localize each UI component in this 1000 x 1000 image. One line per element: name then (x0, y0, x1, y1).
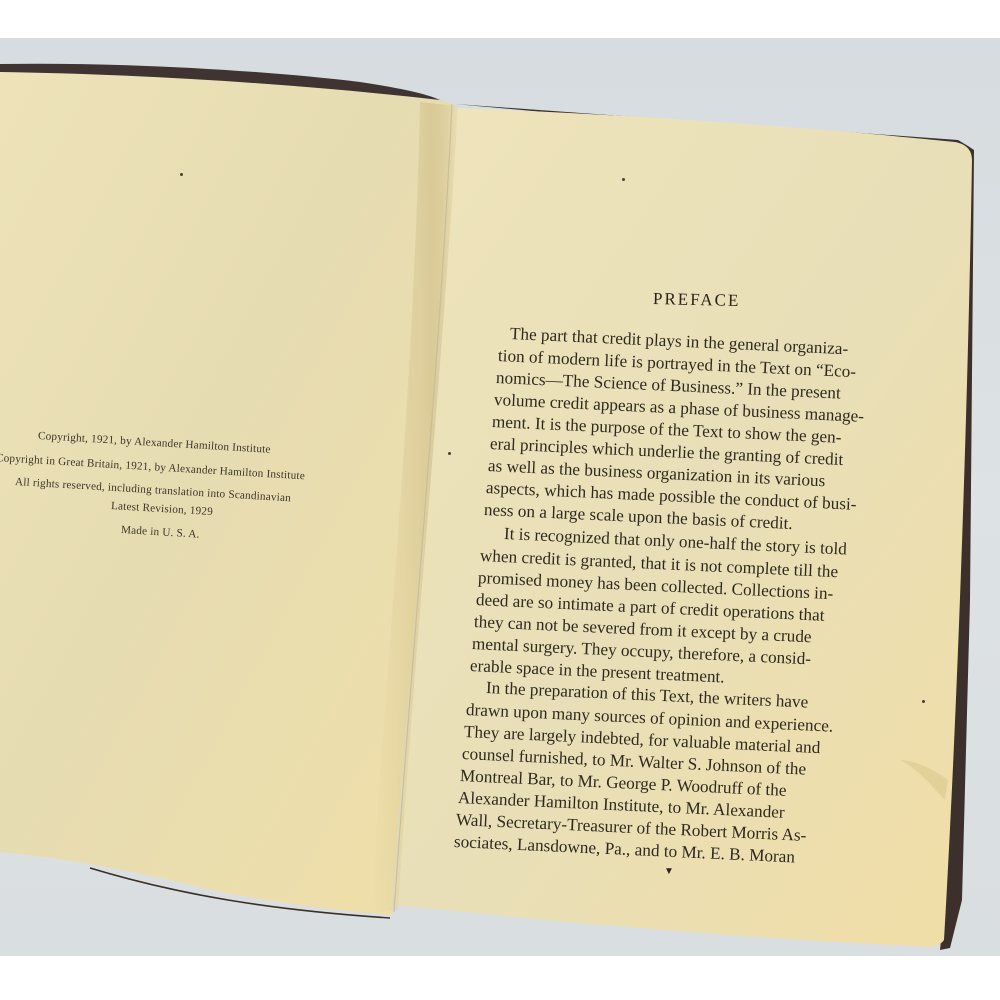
paper-speck (622, 178, 625, 181)
paper-speck (448, 452, 451, 455)
paper-speck (922, 700, 925, 703)
paper-speck (180, 173, 183, 176)
page-continuation-mark: ▼ (664, 866, 674, 877)
preface-title: PREFACE (653, 289, 741, 311)
